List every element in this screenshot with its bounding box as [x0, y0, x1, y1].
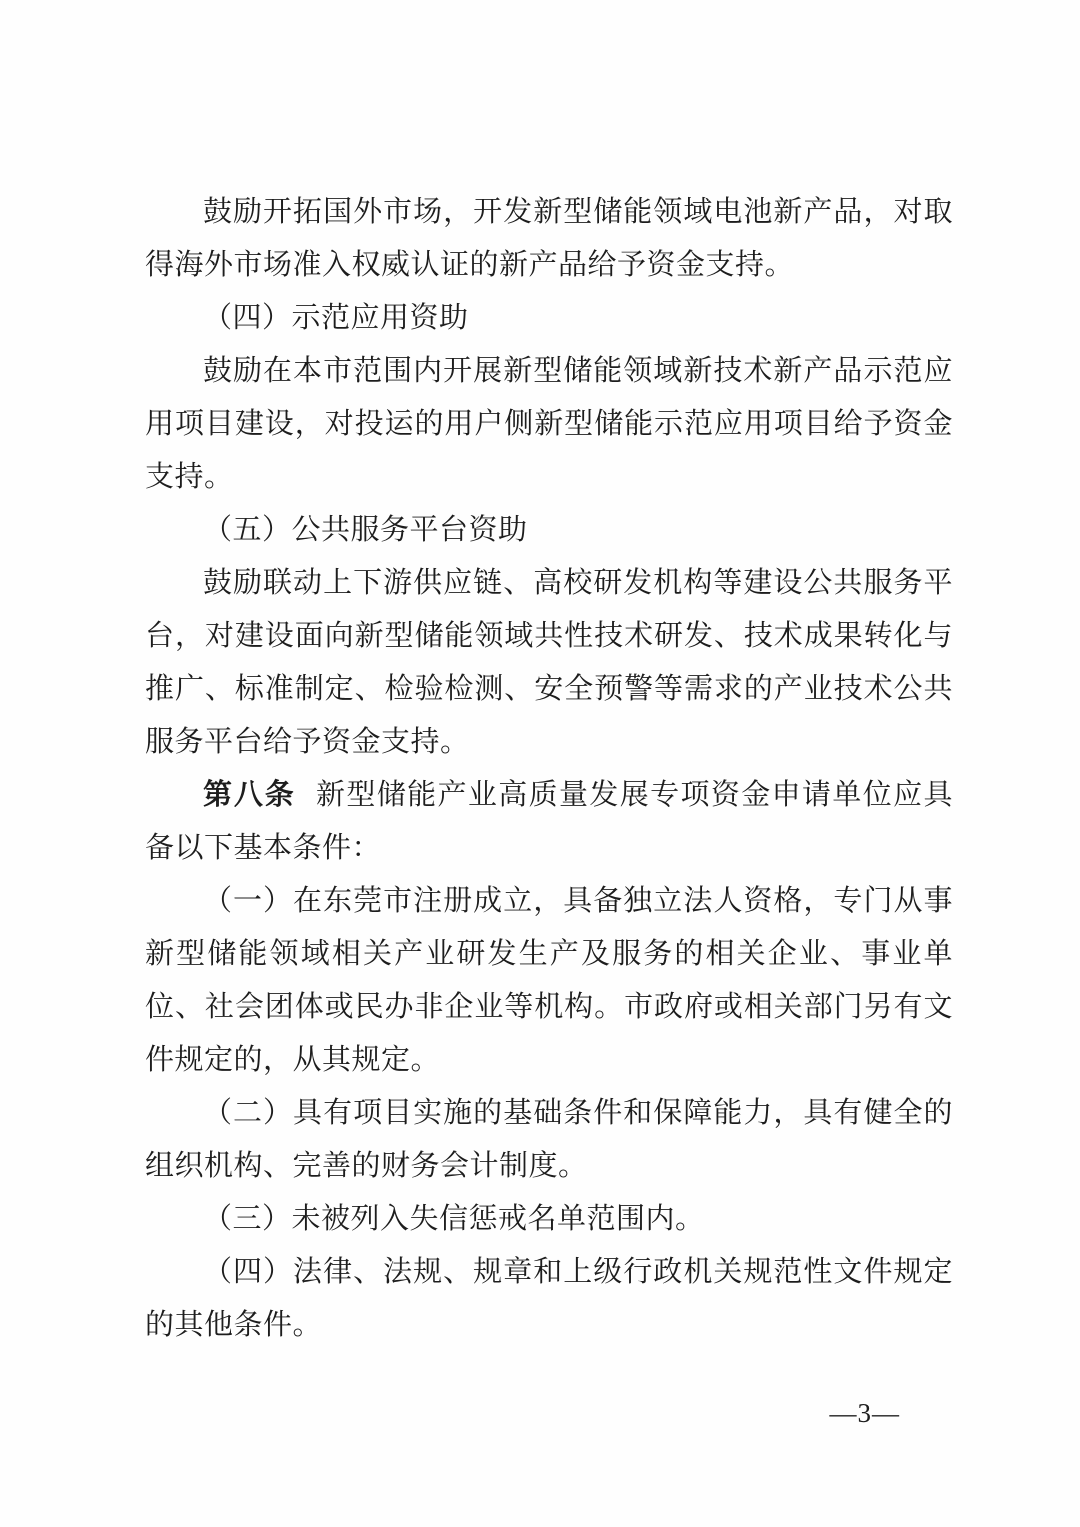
paragraph-demo-application: 鼓励在本市范围内开展新型储能领域新技术新产品示范应用项目建设，对投运的用户侧新型…	[145, 345, 953, 504]
document-page: 鼓励开拓国外市场，开发新型储能领域电池新产品，对取得海外市场准入权威认证的新产品…	[0, 0, 1080, 1527]
paragraph-condition-2: （二）具有项目实施的基础条件和保障能力，具有健全的组织机构、完善的财务会计制度。	[145, 1087, 953, 1193]
paragraph-condition-3: （三）未被列入失信惩戒名单范围内。	[145, 1193, 953, 1246]
paragraph-article-8: 第八条新型储能产业高质量发展专项资金申请单位应具备以下基本条件：	[145, 769, 953, 875]
paragraph-condition-1: （一）在东莞市注册成立，具备独立法人资格，专门从事新型储能领域相关产业研发生产及…	[145, 875, 953, 1087]
page-number: —3—	[830, 1398, 901, 1429]
document-body: 鼓励开拓国外市场，开发新型储能领域电池新产品，对取得海外市场准入权威认证的新产品…	[145, 186, 953, 1352]
paragraph-condition-4: （四）法律、法规、规章和上级行政机关规范性文件规定的其他条件。	[145, 1246, 953, 1352]
paragraph-overseas-market: 鼓励开拓国外市场，开发新型储能领域电池新产品，对取得海外市场准入权威认证的新产品…	[145, 186, 953, 292]
subheading-item-5-public-service-platform: （五）公共服务平台资助	[145, 504, 953, 557]
article-8-term: 第八条	[203, 779, 296, 811]
paragraph-public-service-platform: 鼓励联动上下游供应链、高校研发机构等建设公共服务平台，对建设面向新型储能领域共性…	[145, 557, 953, 769]
subheading-item-4-demo-application: （四）示范应用资助	[145, 292, 953, 345]
